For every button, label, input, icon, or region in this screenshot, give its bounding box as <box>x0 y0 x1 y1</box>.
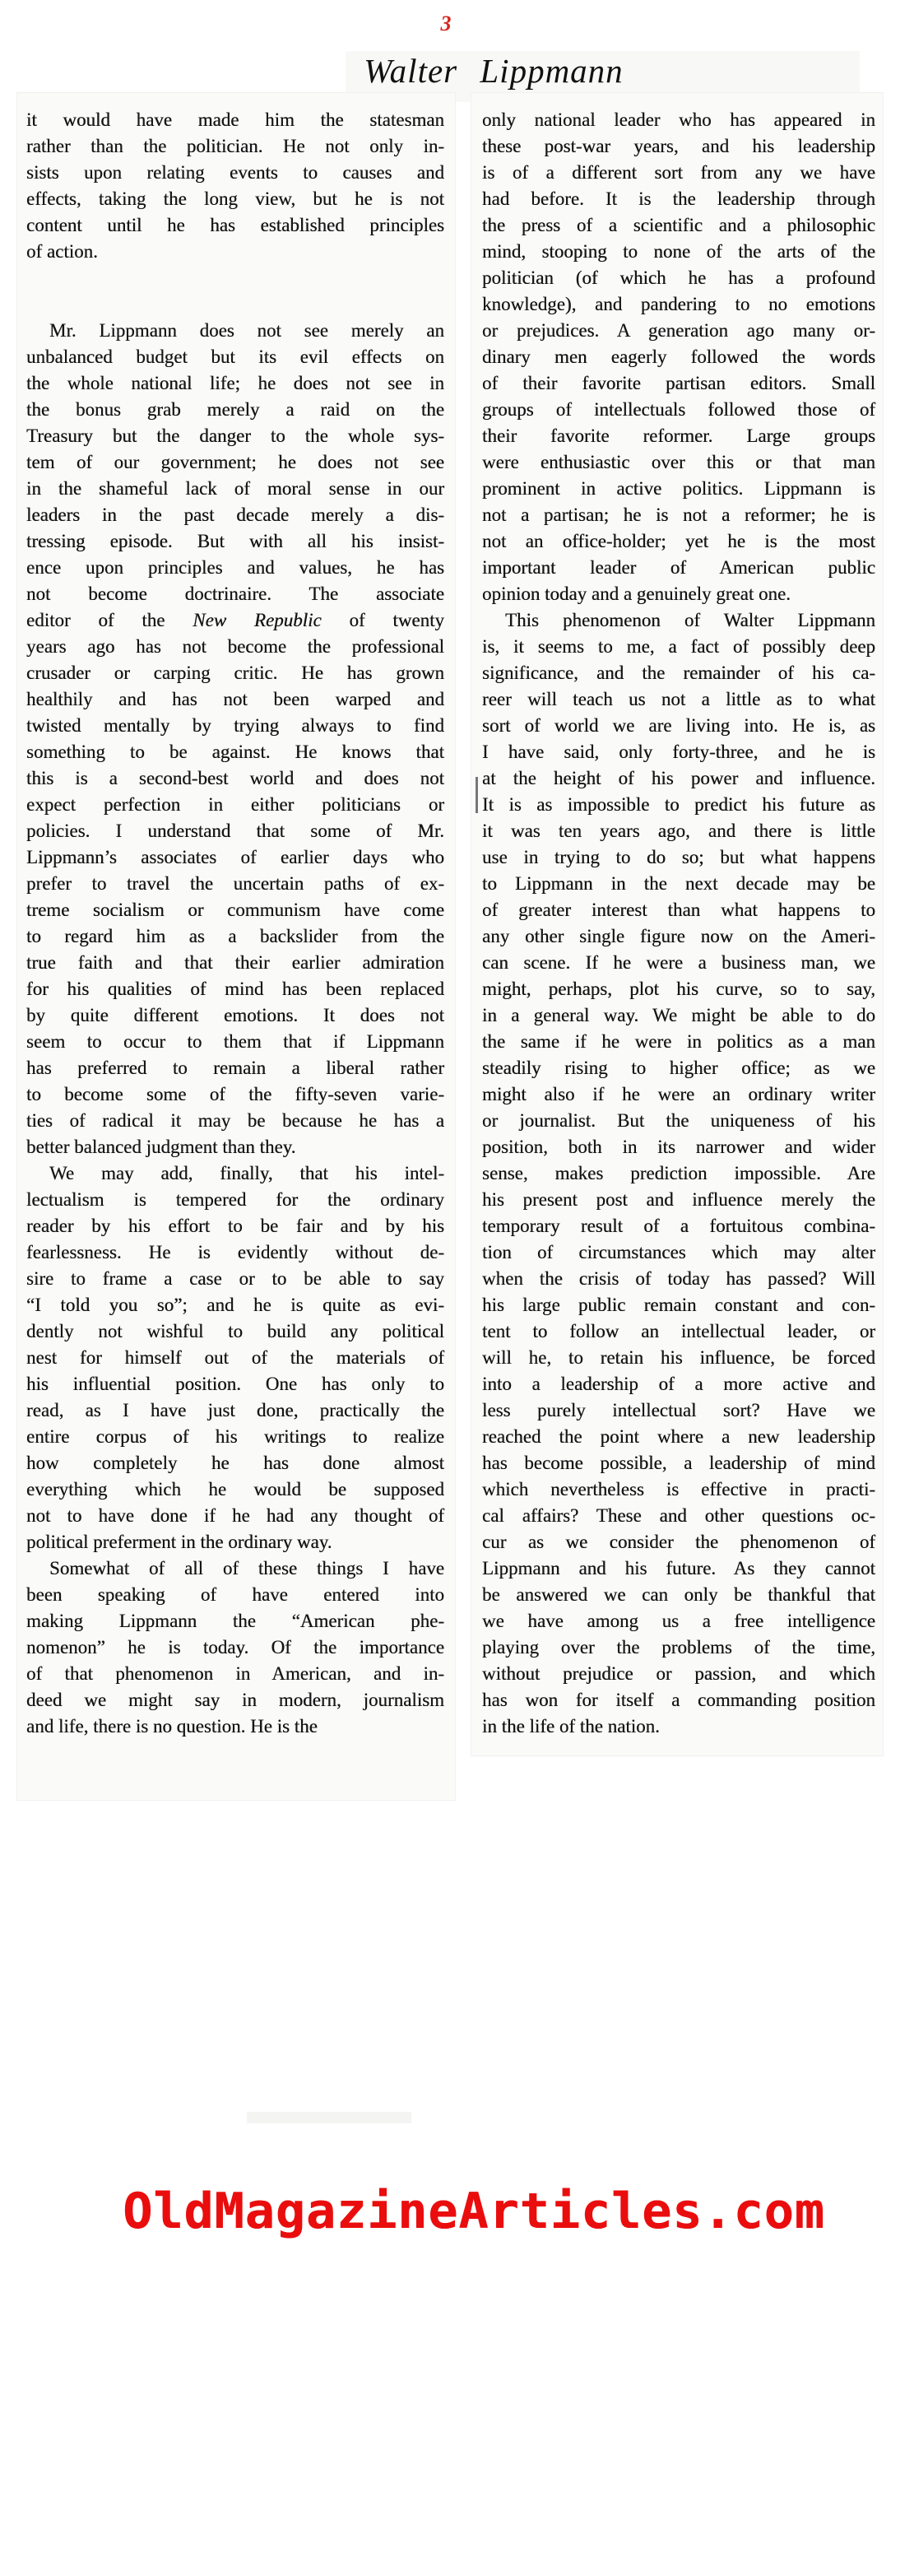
text-line: ence upon principles and values, he has <box>26 555 444 581</box>
text-line: temporary result of a fortuitous combina… <box>482 1213 875 1239</box>
paragraph: Somewhat of all of these things I havebe… <box>26 1555 444 1740</box>
text-line: how completely he has done almost <box>26 1450 444 1476</box>
text-line: his large public remain constant and con… <box>482 1292 875 1318</box>
text-line: deed we might say in modern, journalism <box>26 1687 444 1713</box>
text-line: making Lippmann the “American phe- <box>26 1608 444 1634</box>
scan-artifact-strip <box>247 2112 411 2123</box>
text-line: Somewhat of all of these things I have <box>26 1555 444 1582</box>
text-line: dinary men eagerly followed the words <box>482 344 875 370</box>
text-line: without prejudice or passion, and which <box>482 1661 875 1687</box>
text-line: position, both in its narrower and wider <box>482 1134 875 1160</box>
text-line: twisted mentally by trying always to fin… <box>26 713 444 739</box>
text-line: these post-war years, and his leadership <box>482 133 875 160</box>
text-line: “I told you so”; and he is quite as evi- <box>26 1292 444 1318</box>
text-line: We may add, finally, that his intel- <box>26 1160 444 1187</box>
text-line: for his qualities of mind has been repla… <box>26 976 444 1002</box>
text-line: leaders in the past decade merely a dis- <box>26 502 444 528</box>
text-line: years ago has not become the professiona… <box>26 634 444 660</box>
text-line: sort of world we are living into. He is,… <box>482 713 875 739</box>
text-line: his influential position. One has only t… <box>26 1371 444 1397</box>
text-line: This phenomenon of Walter Lippmann <box>482 607 875 634</box>
text-line: in the life of the nation. <box>482 1713 875 1740</box>
text-line: of action. <box>26 239 444 265</box>
text-line: this is a second-best world and does not <box>26 765 444 792</box>
text-line: fearlessness. He is evidently without de… <box>26 1239 444 1266</box>
text-line: rather than the politician. He not only … <box>26 133 444 160</box>
text-line: which nevertheless is effective in pract… <box>482 1476 875 1503</box>
text-line: crusader or carping critic. He has grown <box>26 660 444 686</box>
text-line: treme socialism or communism have come <box>26 897 444 923</box>
text-line: of that phenomenon in American, and in- <box>26 1661 444 1687</box>
paragraph: We may add, finally, that his intel-lect… <box>26 1160 444 1555</box>
text-line: less purely intellectual sort? Have we <box>482 1397 875 1424</box>
text-line: in the shameful lack of moral sense in o… <box>26 476 444 502</box>
text-line: opinion today and a genuinely great one. <box>482 581 875 607</box>
text-line: read, as I have just done, practically t… <box>26 1397 444 1424</box>
text-line: use in trying to do so; but what happens <box>482 844 875 871</box>
paragraph: only national leader who has appeared in… <box>482 107 875 607</box>
text-line: tressing episode. But with all his insis… <box>26 528 444 555</box>
scan-artifact-mark <box>476 777 478 813</box>
text-line: at the height of his power and influence… <box>482 765 875 792</box>
text-line: the whole national life; he does not see… <box>26 370 444 397</box>
text-line: reached the point where a new leadership <box>482 1424 875 1450</box>
text-line: significance, and the remainder of his c… <box>482 660 875 686</box>
text-line: Treasury but the danger to the whole sys… <box>26 423 444 449</box>
text-line: can scene. If he were a business man, we <box>482 950 875 976</box>
text-line: tent to follow an intellectual leader, o… <box>482 1318 875 1345</box>
text-line: not a partisan; he is not a reformer; he… <box>482 502 875 528</box>
text-line: not to have done if he had any thought o… <box>26 1503 444 1529</box>
text-line: groups of intellectuals followed those o… <box>482 397 875 423</box>
text-line: something to be against. He knows that <box>26 739 444 765</box>
text-line: better balanced judgment than they. <box>26 1134 444 1160</box>
text-line: prefer to travel the uncertain paths of … <box>26 871 444 897</box>
text-line: policies. I understand that some of Mr. <box>26 818 444 844</box>
text-line: true faith and that their earlier admira… <box>26 950 444 976</box>
text-line: unbalanced budget but its evil effects o… <box>26 344 444 370</box>
text-line: cal affairs? These and other questions o… <box>482 1503 875 1529</box>
text-line: I have said, only forty-three, and he is <box>482 739 875 765</box>
text-line: expect perfection in either politicians … <box>26 792 444 818</box>
text-line: healthily and has not been warped and <box>26 686 444 713</box>
text-line: entire corpus of his writings to realize <box>26 1424 444 1450</box>
text-line: Mr. Lippmann does not see merely an <box>26 318 444 344</box>
text-line: is, it seems to me, a fact of possibly d… <box>482 634 875 660</box>
text-line: Lippmann and his future. As they cannot <box>482 1555 875 1582</box>
scanned-magazine-page: 3 Walter Lippmann it would have made him… <box>0 0 914 2576</box>
text-line: not an office-holder; yet he is the most <box>482 528 875 555</box>
text-line: we have among us a free intelligence <box>482 1608 875 1634</box>
text-line: steadily rising to higher office; as we <box>482 1055 875 1081</box>
text-line: when the crisis of today has passed? Wil… <box>482 1266 875 1292</box>
text-line: be answered we can only be thankful that <box>482 1582 875 1608</box>
text-line: the press of a scientific and a philosop… <box>482 212 875 239</box>
text-line: tem of our government; he does not see <box>26 449 444 476</box>
paragraph: it would have made him the statesmanrath… <box>26 107 444 265</box>
text-line: has become possible, a leadership of min… <box>482 1450 875 1476</box>
text-line: it was ten years ago, and there is littl… <box>482 818 875 844</box>
page-number: 3 <box>0 12 892 36</box>
text-line: the bonus grab merely a raid on the <box>26 397 444 423</box>
text-line: effects, taking the long view, but he is… <box>26 186 444 212</box>
text-line: knowledge), and pandering to no emotions <box>482 291 875 318</box>
text-line: It is as impossible to predict his futur… <box>482 792 875 818</box>
text-line: cur as we consider the phenomenon of <box>482 1529 875 1555</box>
text-line: by quite different emotions. It does not <box>26 1002 444 1029</box>
text-line: sists upon relating events to causes and <box>26 160 444 186</box>
text-line: important leader of American public <box>482 555 875 581</box>
text-line: dently not wishful to build any politica… <box>26 1318 444 1345</box>
text-line: were enthusiastic over this or that man <box>482 449 875 476</box>
text-line: any other single figure now on the Ameri… <box>482 923 875 950</box>
text-line: nest for himself out of the materials of <box>26 1345 444 1371</box>
text-line: sire to frame a case or to be able to sa… <box>26 1266 444 1292</box>
text-line: ties of radical it may be because he has… <box>26 1108 444 1134</box>
text-line: tion of circumstances which may alter <box>482 1239 875 1266</box>
text-line: and life, there is no question. He is th… <box>26 1713 444 1740</box>
text-line: editor of the New Republic of twenty <box>26 607 444 634</box>
text-line: political preferment in the ordinary way… <box>26 1529 444 1555</box>
watermark-text: OldMagazineArticles.com <box>99 2174 849 2248</box>
text-line: will he, to retain his influence, be for… <box>482 1345 875 1371</box>
text-line: content until he has established princip… <box>26 212 444 239</box>
text-line: their favorite reformer. Large groups <box>482 423 875 449</box>
text-line: not become doctrinaire. The associate <box>26 581 444 607</box>
text-line: in a general way. We might be able to do <box>482 1002 875 1029</box>
text-line: reader by his effort to be fair and by h… <box>26 1213 444 1239</box>
text-line: been speaking of have entered into <box>26 1582 444 1608</box>
text-line: to become some of the fifty-seven varie- <box>26 1081 444 1108</box>
text-line: might also if he were an ordinary writer <box>482 1081 875 1108</box>
text-line: has preferred to remain a liberal rather <box>26 1055 444 1081</box>
text-line: of greater interest than what happens to <box>482 897 875 923</box>
text-line: might, perhaps, plot his curve, so to sa… <box>482 976 875 1002</box>
left-text-column: it would have made him the statesmanrath… <box>26 107 444 1740</box>
text-line: it would have made him the statesman <box>26 107 444 133</box>
text-line: politician (of which he has a profound <box>482 265 875 291</box>
text-line: into a leadership of a more active and <box>482 1371 875 1397</box>
text-line: to regard him as a backslider from the <box>26 923 444 950</box>
page-title: Walter Lippmann <box>74 51 913 91</box>
text-line: has won for itself a commanding position <box>482 1687 875 1713</box>
text-line: playing over the problems of the time, <box>482 1634 875 1661</box>
text-line: prominent in active politics. Lippmann i… <box>482 476 875 502</box>
text-line: lectualism is tempered for the ordinary <box>26 1187 444 1213</box>
text-line: or prejudices. A generation ago many or- <box>482 318 875 344</box>
text-line: reer will teach us not a little as to wh… <box>482 686 875 713</box>
text-line: only national leader who has appeared in <box>482 107 875 133</box>
text-line: Lippmann’s associates of earlier days wh… <box>26 844 444 871</box>
text-line: his present post and influence merely th… <box>482 1187 875 1213</box>
text-line: sense, makes prediction impossible. Are <box>482 1160 875 1187</box>
text-line: nomenon” he is today. Of the importance <box>26 1634 444 1661</box>
right-text-column: only national leader who has appeared in… <box>482 107 875 1740</box>
text-line: or journalist. But the uniqueness of his <box>482 1108 875 1134</box>
text-line: had before. It is the leadership through <box>482 186 875 212</box>
paragraph: This phenomenon of Walter Lippmannis, it… <box>482 607 875 1740</box>
paragraph: Mr. Lippmann does not see merely anunbal… <box>26 318 444 1160</box>
text-line: to Lippmann in the next decade may be <box>482 871 875 897</box>
text-line: the same if he were in politics as a man <box>482 1029 875 1055</box>
text-line: of their favorite partisan editors. Smal… <box>482 370 875 397</box>
text-line: mind, stooping to none of the arts of th… <box>482 239 875 265</box>
text-line: seem to occur to them that if Lippmann <box>26 1029 444 1055</box>
text-line: is of a different sort from any we have <box>482 160 875 186</box>
text-line: everything which he would be supposed <box>26 1476 444 1503</box>
